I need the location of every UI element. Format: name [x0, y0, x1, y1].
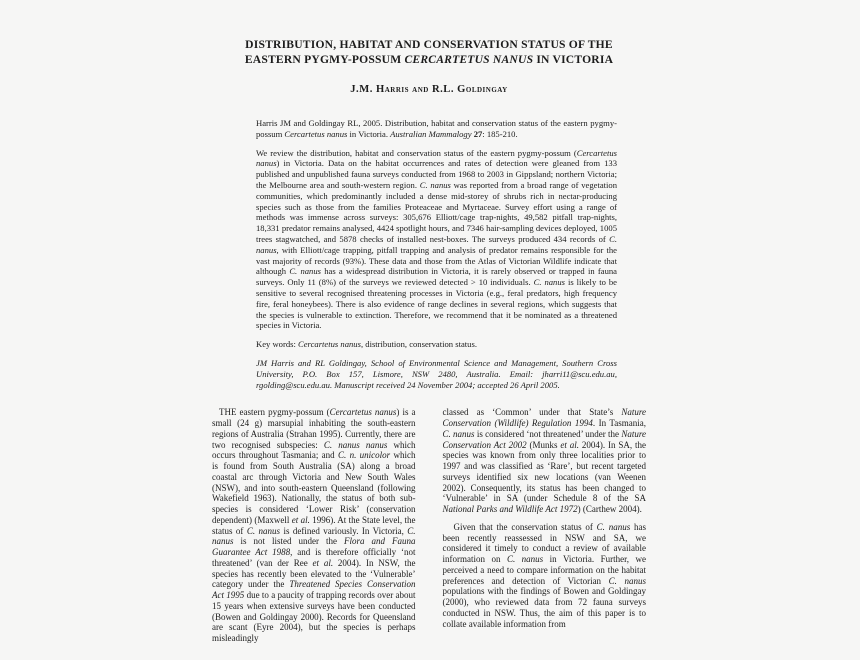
page-title: DISTRIBUTION, HABITAT AND CONSERVATION S… — [212, 37, 646, 67]
body-columns: THE eastern pygmy-possum (Cercartetus na… — [212, 407, 646, 644]
page-title-line1: DISTRIBUTION, HABITAT AND CONSERVATION S… — [212, 37, 646, 52]
author-address-block: JM Harris and RL Goldingay, School of En… — [256, 358, 617, 390]
keywords-line: Key words: Cercartetus nanus, distributi… — [256, 339, 617, 350]
body-left-column: THE eastern pygmy-possum (Cercartetus na… — [212, 407, 416, 644]
citation-block: Harris JM and Goldingay RL, 2005. Distri… — [256, 118, 617, 140]
abstract-block: We review the distribution, habitat and … — [256, 148, 617, 332]
body-right-column: classed as ‘Common’ under that State’s N… — [443, 407, 647, 644]
right-column-paragraph-1: classed as ‘Common’ under that State’s N… — [443, 407, 647, 515]
front-matter: Harris JM and Goldingay RL, 2005. Distri… — [256, 118, 617, 390]
page-content: DISTRIBUTION, HABITAT AND CONSERVATION S… — [212, 0, 646, 644]
right-column-paragraph-2: Given that the conservation status of C.… — [443, 522, 647, 630]
scanned-paper-page: DISTRIBUTION, HABITAT AND CONSERVATION S… — [0, 0, 860, 660]
authors-line: J.M. Harris and R.L. Goldingay — [212, 84, 646, 95]
left-column-paragraph: THE eastern pygmy-possum (Cercartetus na… — [212, 407, 416, 644]
page-title-line2: EASTERN PYGMY-POSSUM CERCARTETUS NANUS I… — [212, 52, 646, 67]
